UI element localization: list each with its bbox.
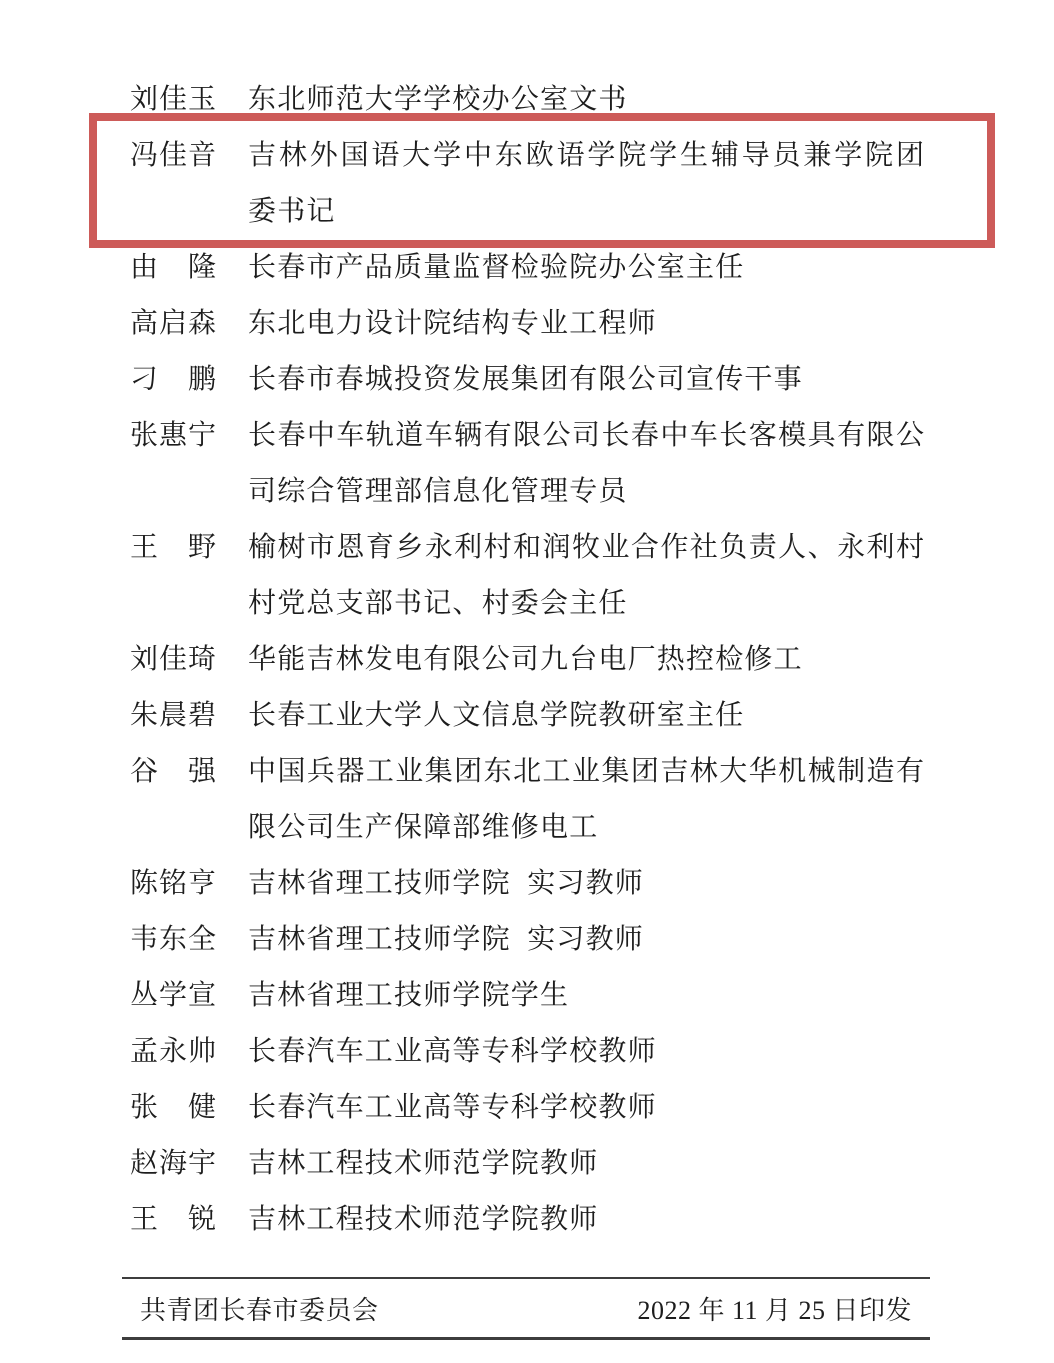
list-entry: 陈铭亨吉林省理工技师学院 实习教师	[130, 856, 924, 912]
list-entry: 王 锐吉林工程技术师范学院教师	[130, 1192, 924, 1248]
person-position-line: 长春市产品质量监督检验院办公室主任	[248, 240, 924, 296]
person-name: 王 野	[130, 520, 218, 576]
person-position-line: 委书记	[248, 184, 924, 240]
person-name: 由 隆	[130, 240, 218, 296]
list-entry: 韦东全吉林省理工技师学院 实习教师	[130, 912, 924, 968]
person-position-line: 长春中车轨道车辆有限公司长春中车长客模具有限公	[248, 408, 924, 464]
list-entry: 由 隆长春市产品质量监督检验院办公室主任	[130, 240, 924, 296]
person-name: 朱晨碧	[130, 688, 218, 744]
person-position-line: 东北师范大学学校办公室文书	[248, 72, 924, 128]
list-entry: 丛学宣吉林省理工技师学院学生	[130, 968, 924, 1024]
person-name: 刘佳琦	[130, 632, 218, 688]
person-name: 谷 强	[130, 744, 218, 800]
person-position-line: 榆树市恩育乡永利村和润牧业合作社负责人、永利村	[248, 520, 924, 576]
person-position-line: 吉林省理工技师学院 实习教师	[248, 912, 924, 968]
person-position-line: 村党总支部书记、村委会主任	[248, 576, 924, 632]
document-page: 刘佳玉东北师范大学学校办公室文书冯佳音吉林外国语大学中东欧语学院学生辅导员兼学院…	[0, 0, 1054, 1363]
list-entry: 刘佳琦华能吉林发电有限公司九台电厂热控检修工	[130, 632, 924, 688]
person-name: 陈铭亨	[130, 856, 218, 912]
issuer-name: 共青团长春市委员会	[140, 1290, 379, 1327]
person-position-line: 东北电力设计院结构专业工程师	[248, 296, 924, 352]
person-name: 刘佳玉	[130, 72, 218, 128]
person-position-line: 吉林省理工技师学院学生	[248, 968, 924, 1024]
document-footer: 共青团长春市委员会 2022 年 11 月 25 日印发	[122, 1277, 930, 1340]
recipients-list: 刘佳玉东北师范大学学校办公室文书冯佳音吉林外国语大学中东欧语学院学生辅导员兼学院…	[130, 72, 924, 1248]
list-entry: 谷 强中国兵器工业集团东北工业集团吉林大华机械制造有限公司生产保障部维修电工	[130, 744, 924, 856]
list-entry: 张 健长春汽车工业高等专科学校教师	[130, 1080, 924, 1136]
list-entry: 冯佳音吉林外国语大学中东欧语学院学生辅导员兼学院团委书记	[130, 128, 924, 240]
person-position-line: 长春汽车工业高等专科学校教师	[248, 1024, 924, 1080]
person-position-line: 限公司生产保障部维修电工	[248, 800, 924, 856]
list-entry: 赵海宇吉林工程技术师范学院教师	[130, 1136, 924, 1192]
list-entry: 朱晨碧长春工业大学人文信息学院教研室主任	[130, 688, 924, 744]
list-entry: 刁 鹏长春市春城投资发展集团有限公司宣传干事	[130, 352, 924, 408]
person-name: 赵海宇	[130, 1136, 218, 1192]
person-name: 张惠宁	[130, 408, 218, 464]
list-entry: 高启森东北电力设计院结构专业工程师	[130, 296, 924, 352]
list-entry: 张惠宁长春中车轨道车辆有限公司长春中车长客模具有限公司综合管理部信息化管理专员	[130, 408, 924, 520]
person-name: 冯佳音	[130, 128, 218, 184]
person-position-line: 长春工业大学人文信息学院教研室主任	[248, 688, 924, 744]
person-name: 张 健	[130, 1080, 218, 1136]
person-position-line: 长春汽车工业高等专科学校教师	[248, 1080, 924, 1136]
person-name: 刁 鹏	[130, 352, 218, 408]
person-position-line: 吉林工程技术师范学院教师	[248, 1192, 924, 1248]
person-position-line: 吉林工程技术师范学院教师	[248, 1136, 924, 1192]
person-name: 高启森	[130, 296, 218, 352]
person-position-line: 司综合管理部信息化管理专员	[248, 464, 924, 520]
person-position-line: 吉林外国语大学中东欧语学院学生辅导员兼学院团	[248, 128, 924, 184]
list-entry: 王 野榆树市恩育乡永利村和润牧业合作社负责人、永利村村党总支部书记、村委会主任	[130, 520, 924, 632]
list-entry: 刘佳玉东北师范大学学校办公室文书	[130, 72, 924, 128]
list-entry: 孟永帅长春汽车工业高等专科学校教师	[130, 1024, 924, 1080]
person-name: 韦东全	[130, 912, 218, 968]
person-name: 丛学宣	[130, 968, 218, 1024]
person-position-line: 中国兵器工业集团东北工业集团吉林大华机械制造有	[248, 744, 924, 800]
person-position-line: 吉林省理工技师学院 实习教师	[248, 856, 924, 912]
person-position-line: 华能吉林发电有限公司九台电厂热控检修工	[248, 632, 924, 688]
person-name: 王 锐	[130, 1192, 218, 1248]
person-position-line: 长春市春城投资发展集团有限公司宣传干事	[248, 352, 924, 408]
person-name: 孟永帅	[130, 1024, 218, 1080]
issue-date: 2022 年 11 月 25 日印发	[637, 1290, 912, 1327]
